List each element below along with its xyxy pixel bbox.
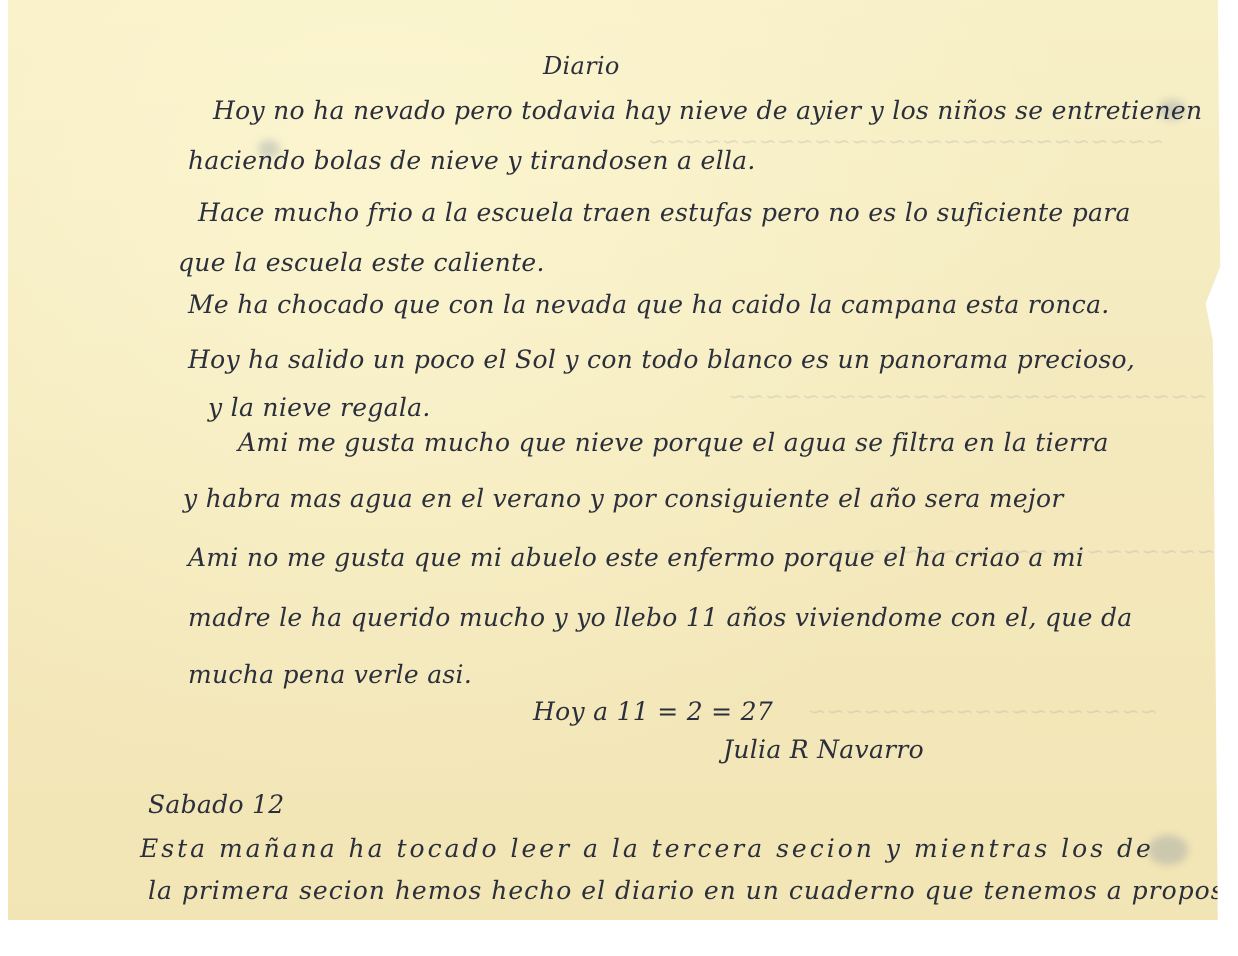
bleed-through-text: ~~~~~~~~~~~~~~~~~~~~~~~~~~	[728, 385, 1207, 410]
entry-line: Esta mañana ha tocado leer a la tercera …	[140, 834, 1154, 863]
entry-line: Hace mucho frio a la escuela traen estuf…	[198, 198, 1131, 227]
diary-title: Diario	[543, 52, 620, 80]
entry-date: Hoy a 11 = 2 = 27	[533, 697, 773, 726]
signature: Julia R Navarro	[723, 735, 924, 764]
entry-line: madre le ha querido mucho y yo llebo 11 …	[188, 603, 1133, 632]
entry-line: Ami no me gusta que mi abuelo este enfer…	[188, 543, 1084, 572]
entry-line: Me ha chocado que con la nevada que ha c…	[188, 290, 1110, 319]
entry-line: haciendo bolas de nieve y tirandosen a e…	[188, 146, 756, 175]
entry-line: Hoy no ha nevado pero todavia hay nieve …	[213, 96, 1202, 125]
ink-smudge	[1148, 835, 1188, 865]
entry-heading: Sabado 12	[148, 790, 284, 819]
entry-line: la primera secion hemos hecho el diario …	[148, 876, 1238, 905]
entry-line: mucha pena verle asi.	[188, 660, 472, 689]
diary-page: ~~~~~~~~~~~~~~~~~~~~~~~~~~~~ ~~~~~~~~~~~…	[8, 0, 1230, 920]
entry-line: y habra mas agua en el verano y por cons…	[183, 484, 1064, 513]
entry-line: Ami me gusta mucho que nieve porque el a…	[238, 428, 1109, 457]
entry-line: Hoy ha salido un poco el Sol y con todo …	[188, 345, 1135, 374]
entry-line: que la escuela este caliente.	[178, 248, 545, 277]
entry-line: y la nieve regala.	[208, 393, 431, 422]
bleed-through-text: ~~~~~~~~~~~~~~~~~~~	[808, 700, 1158, 725]
